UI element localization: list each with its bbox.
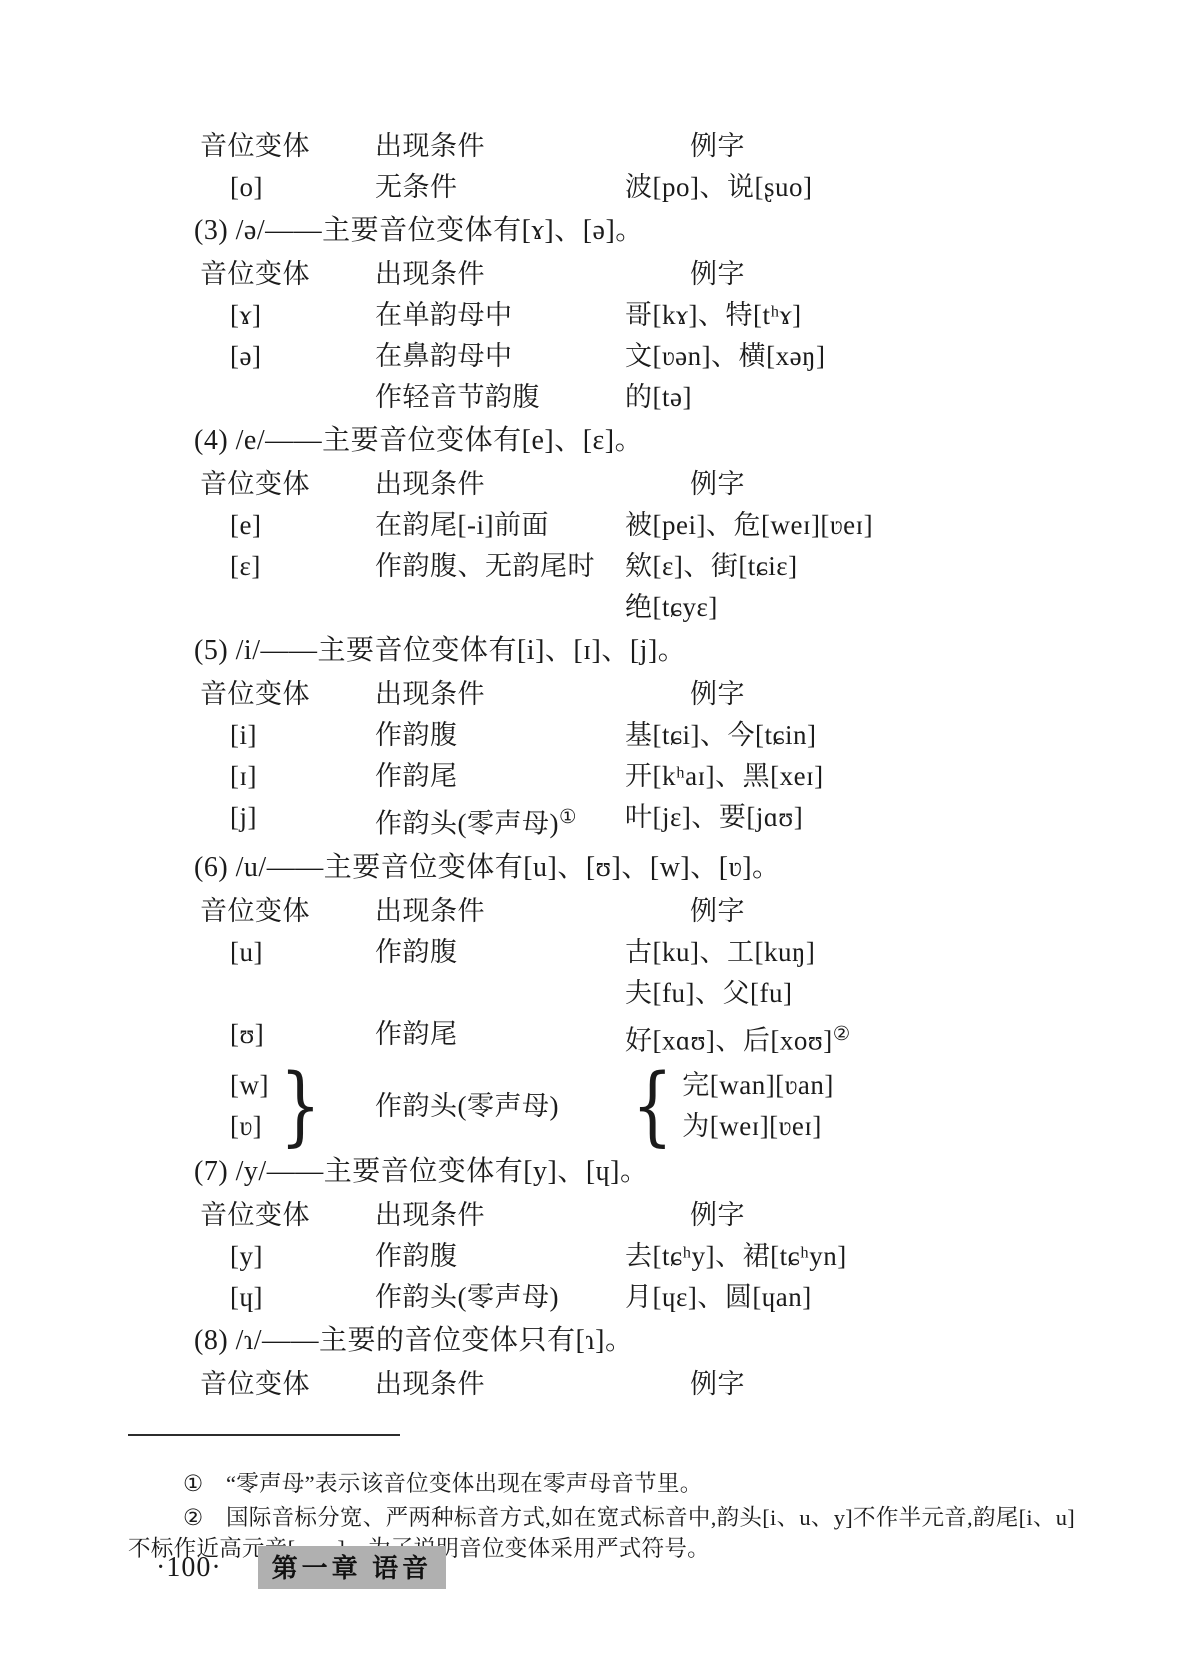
examples-cell: 开[kʰaɪ]、黑[xeɪ] <box>625 756 1140 797</box>
table-row: [ə]在鼻韵母中文[ʋən]、横[xəŋ] <box>200 336 1140 377</box>
col-header-variant: 音位变体 <box>200 1364 375 1405</box>
brace-right-glyph: } <box>280 1063 321 1149</box>
table-row: [y]作韵腹去[tɕʰy]、裙[tɕʰyn] <box>200 1236 1140 1277</box>
condition-cell: 作韵头(零声母) <box>375 1086 625 1127</box>
col-header-variant: 音位变体 <box>200 464 375 505</box>
variant-cell: [j] <box>200 797 375 845</box>
footnote-marker: ① <box>183 1471 203 1496</box>
condition-cell: 作韵腹 <box>375 932 625 1014</box>
condition-cell: 在鼻韵母中 <box>375 336 625 377</box>
col-header-examples: 例字 <box>625 464 1140 505</box>
variant-cell: [ɥ] <box>200 1277 375 1318</box>
variant-cell <box>200 377 375 418</box>
variant-cell: [ɛ] <box>200 546 375 628</box>
condition-cell: 无条件 <box>375 167 625 208</box>
table-header-row: 音位变体出现条件例字 <box>200 1364 1140 1405</box>
examples-cell: 好[xɑʊ]、后[xoʊ]② <box>625 1014 1140 1062</box>
examples-cell: 波[po]、说[ʂuo] <box>625 167 1140 208</box>
section-heading: (8) /ɿ/——主要的音位变体只有[ɿ]。 <box>194 1320 1140 1362</box>
col-header-examples: 例字 <box>625 254 1140 295</box>
table-header-row: 音位变体出现条件例字 <box>200 674 1140 715</box>
variant-cell: [y] <box>200 1236 375 1277</box>
examples-cell: 被[pei]、危[weɪ][ʋeɪ] <box>625 505 1140 546</box>
variant-cell: [ɤ] <box>200 295 375 336</box>
section-heading: (6) /u/——主要音位变体有[u]、[ʊ]、[w]、[ʋ]。 <box>194 847 1140 889</box>
condition-cell: 作韵腹、无韵尾时 <box>375 546 625 628</box>
condition-cell: 作韵腹 <box>375 1236 625 1277</box>
examples-cell: {完[wan][ʋan]为[weɪ][ʋeɪ] <box>625 1063 1140 1149</box>
section-heading: (7) /y/——主要音位变体有[y]、[ɥ]。 <box>194 1151 1140 1193</box>
col-header-condition: 出现条件 <box>375 464 625 505</box>
examples-cell: 哥[kɤ]、特[tʰɤ] <box>625 295 1140 336</box>
table-header-row: 音位变体出现条件例字 <box>200 254 1140 295</box>
col-header-variant: 音位变体 <box>200 254 375 295</box>
examples-cell: 文[ʋən]、横[xəŋ] <box>625 336 1140 377</box>
condition-cell: 在单韵母中 <box>375 295 625 336</box>
table-row: [ʊ]作韵尾好[xɑʊ]、后[xoʊ]② <box>200 1014 1140 1062</box>
examples-cell: 欸[ɛ]、街[tɕiɛ]绝[tɕyɛ] <box>625 546 1140 628</box>
col-header-examples: 例字 <box>625 674 1140 715</box>
col-header-variant: 音位变体 <box>200 126 375 167</box>
condition-cell: 作韵头(零声母)① <box>375 797 625 845</box>
section-heading: (3) /ə/——主要音位变体有[ɤ]、[ə]。 <box>194 210 1140 252</box>
variant-cell: [ə] <box>200 336 375 377</box>
col-header-condition: 出现条件 <box>375 126 625 167</box>
section-heading: (5) /i/——主要音位变体有[i]、[ɪ]、[j]。 <box>194 630 1140 672</box>
page-footer: ·100· 第一章 语音 <box>156 1546 446 1589</box>
col-header-condition: 出现条件 <box>375 254 625 295</box>
table-row: [j]作韵头(零声母)①叶[jɛ]、要[jɑʊ] <box>200 797 1140 845</box>
brace-left-glyph: { <box>632 1063 673 1149</box>
col-header-examples: 例字 <box>625 891 1140 932</box>
phonology-table-content: 音位变体出现条件例字[o]无条件波[po]、说[ʂuo](3) /ə/——主要音… <box>200 126 1140 1405</box>
condition-cell: 作韵腹 <box>375 715 625 756</box>
table-row: 作轻音节韵腹的[tə] <box>200 377 1140 418</box>
col-header-variant: 音位变体 <box>200 891 375 932</box>
section-heading: (4) /e/——主要音位变体有[e]、[ɛ]。 <box>194 420 1140 462</box>
table-header-row: 音位变体出现条件例字 <box>200 464 1140 505</box>
examples-cell: 去[tɕʰy]、裙[tɕʰyn] <box>625 1236 1140 1277</box>
col-header-condition: 出现条件 <box>375 1364 625 1405</box>
footnote-divider <box>128 1434 400 1436</box>
variant-cell: [w][ʋ]} <box>200 1063 375 1149</box>
table-row: [ɤ]在单韵母中哥[kɤ]、特[tʰɤ] <box>200 295 1140 336</box>
variant-cell: [e] <box>200 505 375 546</box>
table-row: [e]在韵尾[-i]前面被[pei]、危[weɪ][ʋeɪ] <box>200 505 1140 546</box>
footnote-marker: ② <box>183 1505 203 1530</box>
examples-cell: 的[tə] <box>625 377 1140 418</box>
condition-cell: 作韵尾 <box>375 1014 625 1062</box>
variant-cell: [u] <box>200 932 375 1014</box>
col-header-variant: 音位变体 <box>200 674 375 715</box>
table-row: [ɥ]作韵头(零声母)月[ɥɛ]、圆[ɥan] <box>200 1277 1140 1318</box>
condition-cell: 作韵头(零声母) <box>375 1277 625 1318</box>
variant-cell: [ʊ] <box>200 1014 375 1062</box>
condition-cell: 作轻音节韵腹 <box>375 377 625 418</box>
variant-cell: [ɪ] <box>200 756 375 797</box>
table-row: [u]作韵腹古[ku]、工[kuŋ]夫[fu]、父[fu] <box>200 932 1140 1014</box>
table-row: [w][ʋ]}作韵头(零声母){完[wan][ʋan]为[weɪ][ʋeɪ] <box>200 1063 1140 1149</box>
examples-cell: 古[ku]、工[kuŋ]夫[fu]、父[fu] <box>625 932 1140 1014</box>
col-header-examples: 例字 <box>625 126 1140 167</box>
table-row: [ɪ]作韵尾开[kʰaɪ]、黑[xeɪ] <box>200 756 1140 797</box>
col-header-variant: 音位变体 <box>200 1195 375 1236</box>
variant-cell: [i] <box>200 715 375 756</box>
col-header-condition: 出现条件 <box>375 891 625 932</box>
table-header-row: 音位变体出现条件例字 <box>200 891 1140 932</box>
page-number: ·100· <box>156 1552 222 1584</box>
table-header-row: 音位变体出现条件例字 <box>200 126 1140 167</box>
examples-cell: 月[ɥɛ]、圆[ɥan] <box>625 1277 1140 1318</box>
examples-cell: 基[tɕi]、今[tɕin] <box>625 715 1140 756</box>
col-header-examples: 例字 <box>625 1364 1140 1405</box>
col-header-examples: 例字 <box>625 1195 1140 1236</box>
col-header-condition: 出现条件 <box>375 1195 625 1236</box>
variant-cell: [o] <box>200 167 375 208</box>
table-row: [i]作韵腹基[tɕi]、今[tɕin] <box>200 715 1140 756</box>
table-row: [ɛ]作韵腹、无韵尾时欸[ɛ]、街[tɕiɛ]绝[tɕyɛ] <box>200 546 1140 628</box>
condition-cell: 作韵尾 <box>375 756 625 797</box>
condition-cell: 在韵尾[-i]前面 <box>375 505 625 546</box>
footnote: ① “零声母”表示该音位变体出现在零声母音节里。 <box>128 1468 1083 1500</box>
col-header-condition: 出现条件 <box>375 674 625 715</box>
examples-cell: 叶[jɛ]、要[jɑʊ] <box>625 797 1140 845</box>
table-header-row: 音位变体出现条件例字 <box>200 1195 1140 1236</box>
table-row: [o]无条件波[po]、说[ʂuo] <box>200 167 1140 208</box>
document-page: 音位变体出现条件例字[o]无条件波[po]、说[ʂuo](3) /ə/——主要音… <box>0 0 1200 1669</box>
chapter-title-badge: 第一章 语音 <box>258 1546 447 1589</box>
